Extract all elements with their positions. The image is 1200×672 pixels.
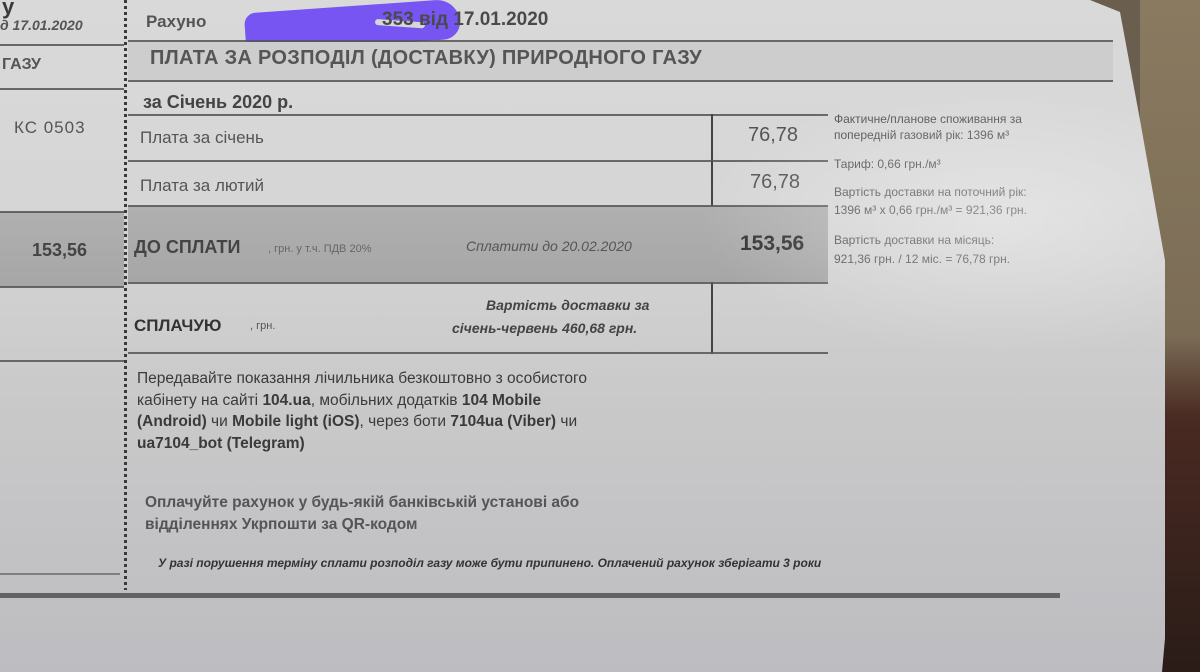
row-label: Плата за лютий: [140, 176, 264, 196]
total-label-note: , грн. у т.ч. ПДВ 20%: [268, 243, 371, 255]
notice-line: (Android) чи Mobile light (iOS), через б…: [137, 411, 587, 433]
invoice-title: ПЛАТА ЗА РОЗПОДІЛ (ДОСТАВКУ) ПРИРОДНОГО …: [150, 47, 702, 70]
stub-account-code: КС 0503: [14, 118, 86, 138]
year-cost-line2: 1396 м³ x 0,66 грн./м³ = 921,36 грн.: [834, 203, 1027, 217]
invoice-paper: у д 17.01.2020 ГАЗУ КС 0503 153,56 Рахун…: [0, 0, 1165, 672]
perforation-line: [124, 0, 127, 590]
stub-date: д 17.01.2020: [0, 17, 83, 33]
paying-label: СПЛАЧУЮ: [134, 316, 221, 336]
delivery-cost-line2: січень-червень 460,68 грн.: [452, 320, 637, 336]
tariff: Тариф: 0,66 грн./м³: [834, 157, 941, 171]
notice-line: кабінету на сайті 104.ua, мобільних дода…: [137, 390, 587, 412]
stub-service: ГАЗУ: [2, 56, 41, 74]
consumption-line2: попередній газовий рік: 1396 м³: [834, 128, 1009, 142]
paying-unit: , грн.: [250, 320, 275, 332]
notice-line: Передавайте показання лічильника безкошт…: [137, 368, 587, 390]
due-date: Сплатити до 20.02.2020: [466, 238, 632, 254]
row-amount: 76,78: [750, 171, 800, 194]
consumption-line1: Фактичне/планове споживання за: [834, 112, 1022, 126]
total-amount: 153,56: [740, 232, 804, 256]
delivery-cost-line1: Вартість доставки за: [486, 297, 649, 313]
payment-notice: Оплачуйте рахунок у будь-якій банківські…: [145, 492, 579, 535]
notice-line: відділеннях Укрпошти за QR-кодом: [145, 514, 579, 536]
site-link: 104.ua: [262, 392, 310, 409]
invoice-number-prefix: Рахуно: [146, 12, 206, 32]
row-label: Плата за січень: [140, 128, 264, 148]
notice-line: ua7104_bot (Telegram): [137, 433, 587, 455]
paying-amount-field[interactable]: [714, 285, 826, 351]
meter-reading-notice: Передавайте показання лічильника безкошт…: [137, 368, 587, 454]
invoice-number-date: 353 від 17.01.2020: [382, 9, 548, 31]
month-cost-line2: 921,36 грн. / 12 міс. = 76,78 грн.: [834, 252, 1010, 266]
row-amount: 76,78: [748, 124, 798, 147]
tear-line: [0, 593, 1060, 598]
footer-warning: У разі порушення терміну сплати розподіл…: [158, 556, 821, 570]
total-label: ДО СПЛАТИ: [134, 237, 240, 258]
notice-line: Оплачуйте рахунок у будь-якій банківські…: [145, 492, 579, 514]
month-cost-line1: Вартість доставки на місяць:: [834, 233, 994, 247]
stub-amount-due: 153,56: [32, 240, 87, 261]
billing-period: за Січень 2020 р.: [143, 92, 293, 113]
year-cost-line1: Вартість доставки на поточний рік:: [834, 185, 1027, 199]
